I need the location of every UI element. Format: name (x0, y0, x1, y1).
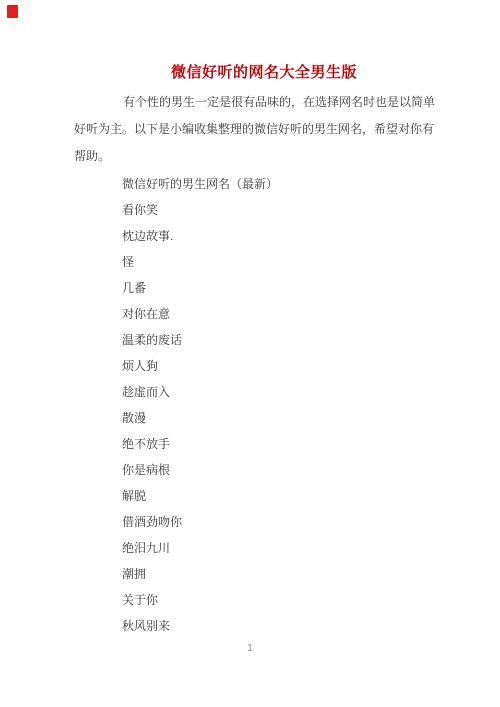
nickname-item: 散漫 (122, 405, 482, 431)
document-page: 微信好听的网名大全男生版 有个性的男生一定是很有品味的，在选择网名时也是以简单好… (0, 0, 500, 707)
nickname-item: 潮拥 (122, 561, 482, 587)
page-number: 1 (0, 643, 500, 655)
nickname-item: 绝不放手 (122, 431, 482, 457)
page-title: 微信好听的网名大全男生版 (0, 61, 500, 82)
nickname-item: 烦人狗 (122, 353, 482, 379)
list-heading: 微信好听的男生网名（最新） (122, 171, 482, 197)
intro-paragraph: 有个性的男生一定是很有品味的，在选择网名时也是以简单好听为主。以下是小编收集整理… (74, 89, 437, 170)
nickname-item: 对你在意 (122, 301, 482, 327)
nickname-item: 枕边故事. (122, 223, 482, 249)
nickname-item: 怪 (122, 249, 482, 275)
nickname-item: 看你笑 (122, 197, 482, 223)
nickname-item: 解脱 (122, 483, 482, 509)
red-corner-mark (7, 5, 18, 18)
nickname-item: 关于你 (122, 587, 482, 613)
nickname-list: 微信好听的男生网名（最新） 看你笑枕边故事.怪几番对你在意温柔的废话烦人狗趁虚而… (122, 171, 482, 639)
nickname-item: 你是病根 (122, 457, 482, 483)
nickname-item: 温柔的废话 (122, 327, 482, 353)
nickname-item: 借酒劲吻你 (122, 509, 482, 535)
nickname-item: 绝汨九川 (122, 535, 482, 561)
nickname-item: 趁虚而入 (122, 379, 482, 405)
nickname-item: 秋风别来 (122, 613, 482, 639)
nickname-item: 几番 (122, 275, 482, 301)
